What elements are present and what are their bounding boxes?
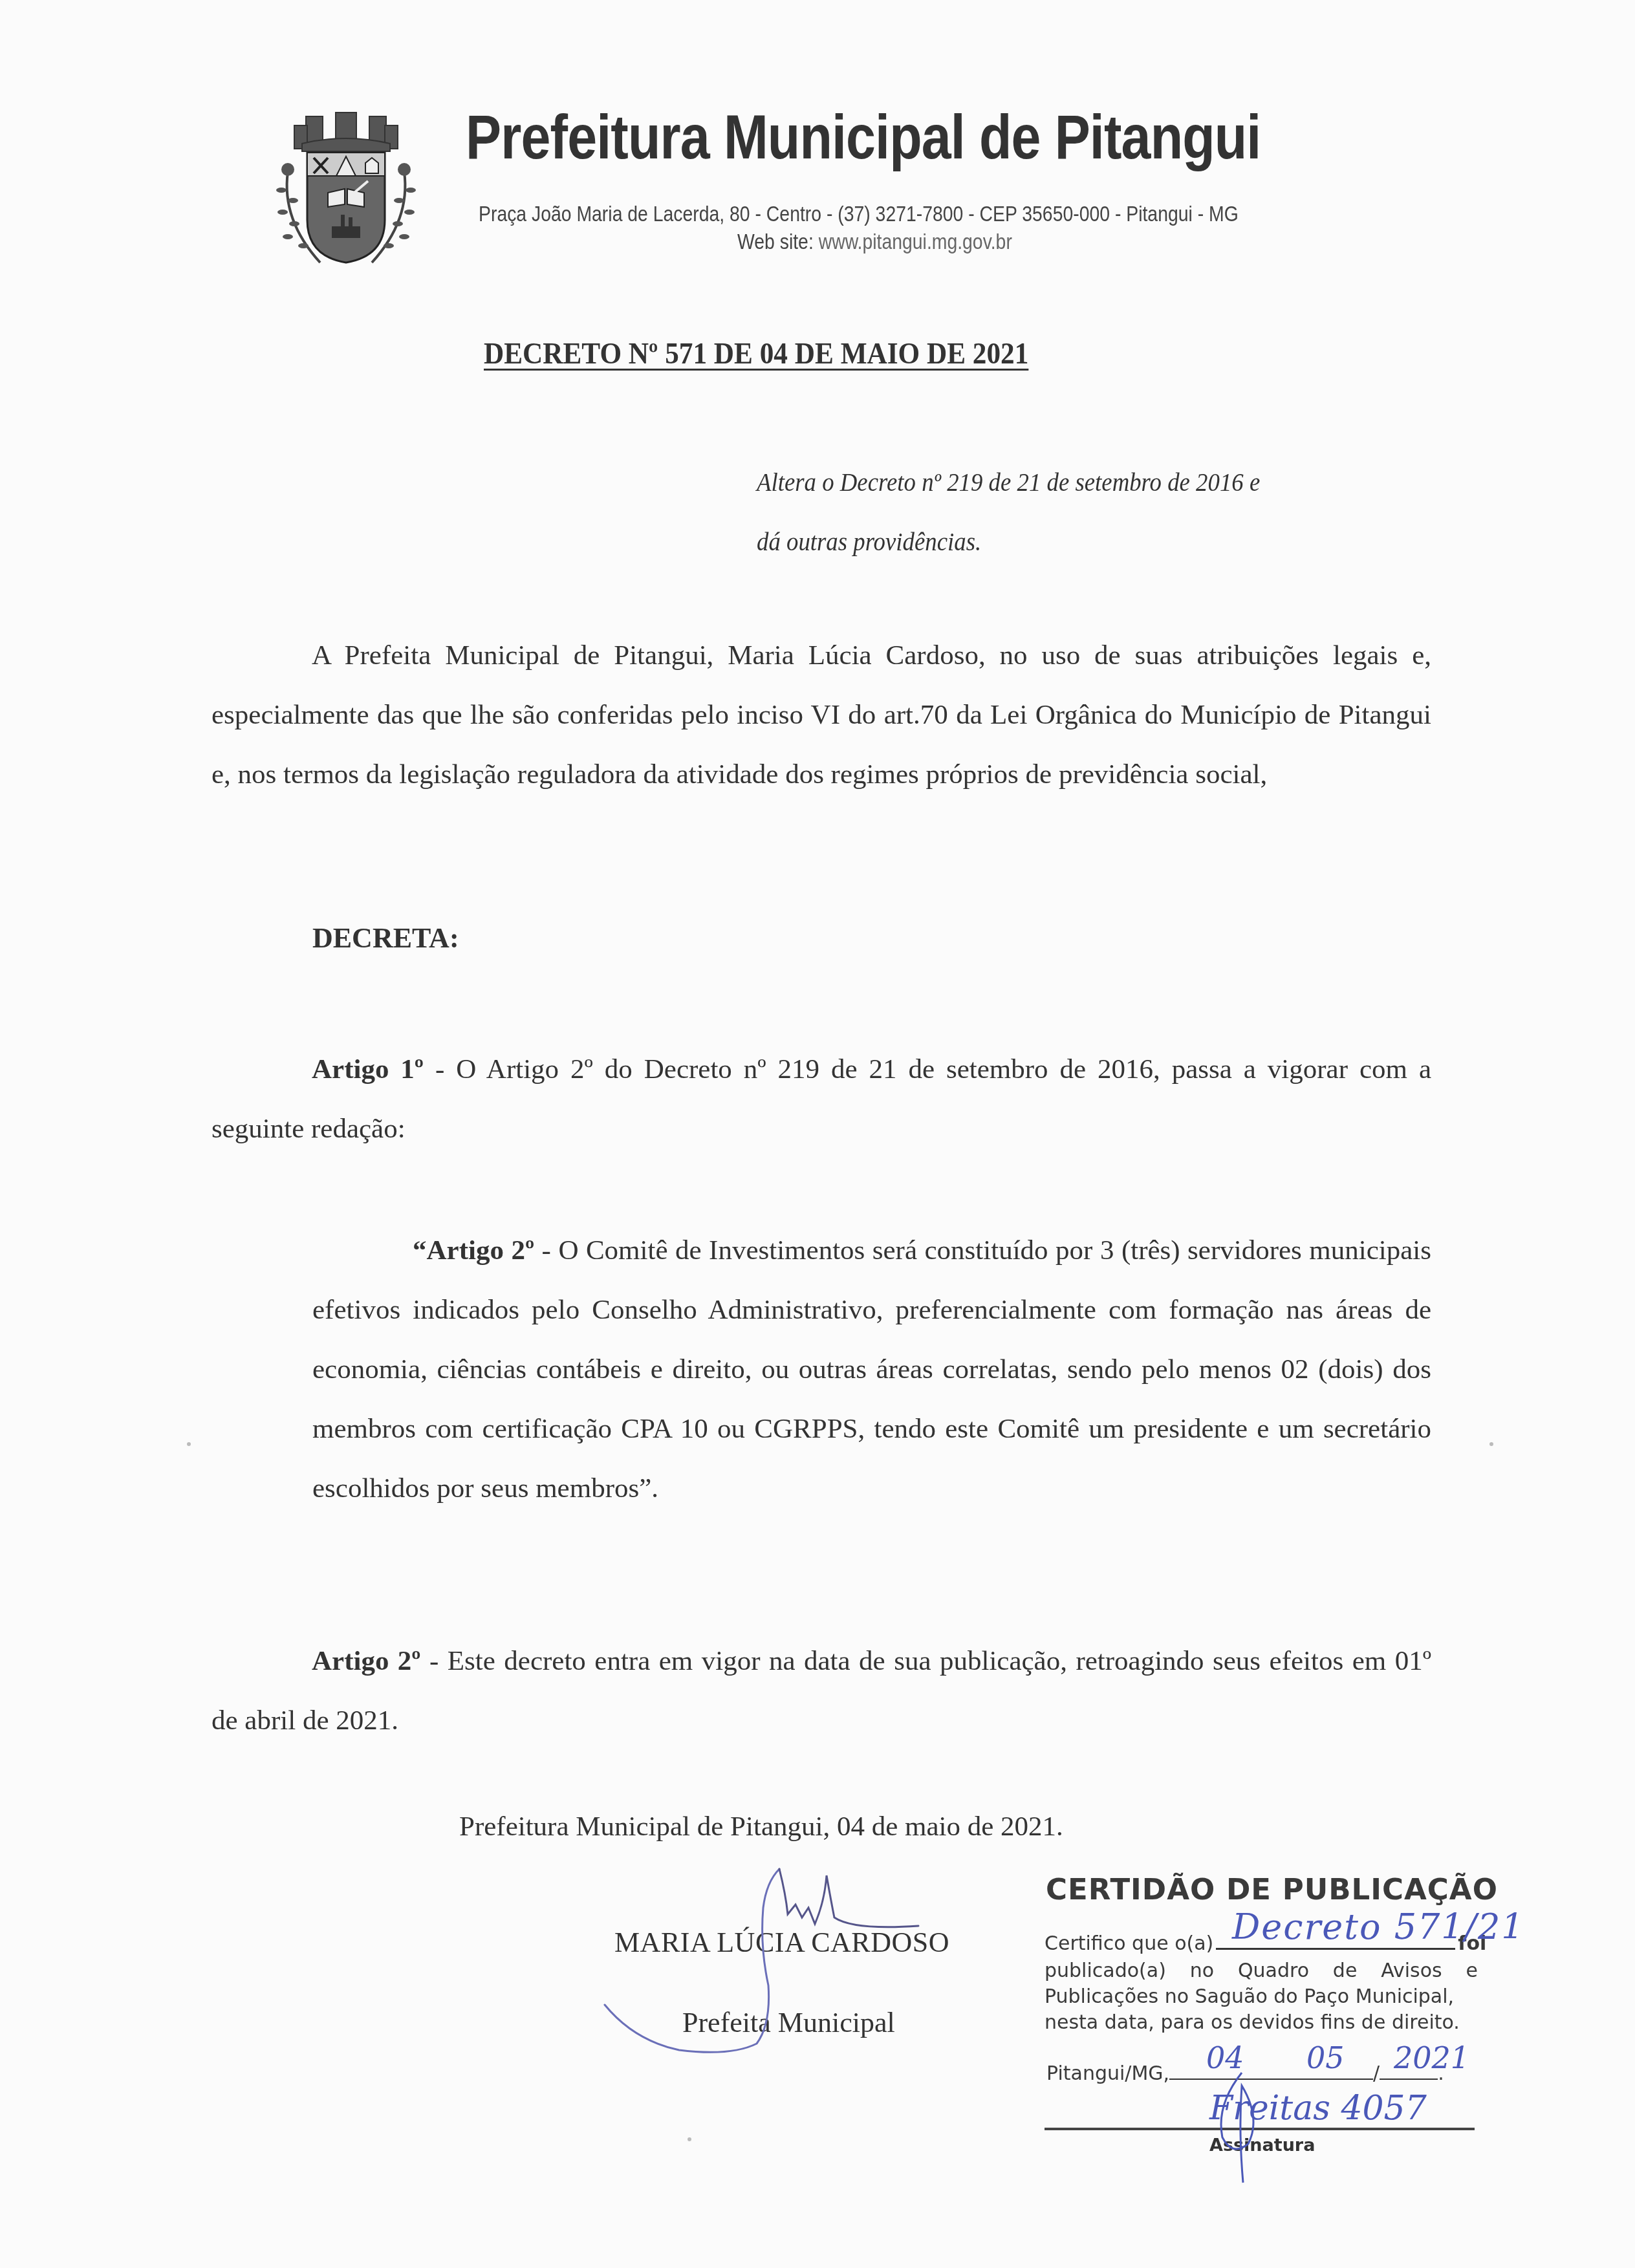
website-link[interactable]: www.pitangui.mg.gov.br (819, 230, 1012, 254)
date-separator: / (1373, 2062, 1380, 2085)
scan-speck (187, 1442, 191, 1446)
certificate-prefix: Certifico que o(a) (1045, 1932, 1213, 1955)
scan-speck (1489, 1442, 1493, 1446)
certificate-line-3: Publicações no Saguão do Paço Municipal, (1045, 1985, 1454, 2008)
date-prefix: Pitangui/MG, (1046, 2062, 1169, 2085)
certificate-title: CERTIDÃO DE PUBLICAÇÃO (1046, 1872, 1498, 1906)
article-1-label: Artigo 1º (312, 1054, 424, 1085)
decree-summary: Altera o Decreto nº 219 de 21 de setembr… (757, 453, 1393, 572)
summary-line-2: dá outras providências. (757, 512, 1393, 572)
place-and-date: Prefeitura Municipal de Pitangui, 04 de … (459, 1811, 1063, 1842)
handwritten-year: 2021 (1394, 2040, 1469, 2075)
signatory-name: MARIA LÚCIA CARDOSO (614, 1926, 949, 1959)
letterhead-website: Web site: www.pitangui.mg.gov.br (737, 230, 1071, 254)
article-2: Artigo 2º - Este decreto entra em vigor … (211, 1632, 1431, 1751)
handwritten-month: 05 (1306, 2040, 1345, 2075)
decree-title: DECRETO Nº 571 DE 04 DE MAIO DE 2021 (484, 336, 1028, 371)
quoted-article-2: “Artigo 2º - O Comitê de Investimentos s… (312, 1221, 1431, 1518)
signature-label: Assinatura (1209, 2135, 1315, 2155)
signatory-role: Prefeita Municipal (682, 2006, 895, 2039)
letterhead-title: Prefeitura Municipal de Pitangui (466, 103, 1222, 172)
website-label: Web site: (737, 230, 819, 254)
scan-speck (688, 2137, 691, 2141)
certificate-date-line: Pitangui/MG,/. (1046, 2060, 1444, 2085)
decreta-heading: DECRETA: (312, 922, 459, 955)
certificate-line-2: publicado(a) no Quadro de Avisos e (1045, 1960, 1478, 1982)
preamble-paragraph: A Prefeita Municipal de Pitangui, Maria … (211, 626, 1431, 805)
summary-line-1: Altera o Decreto nº 219 de 21 de setembr… (757, 453, 1393, 512)
handwritten-registry: Freitas 4057 (1209, 2089, 1427, 2128)
letterhead-address: Praça João Maria de Lacerda, 80 - Centro… (479, 202, 1257, 226)
municipal-coat-of-arms-icon (268, 110, 424, 272)
quoted-article-text: - O Comitê de Investimentos será constit… (312, 1235, 1431, 1504)
signature-line[interactable] (1045, 2128, 1475, 2130)
article-2-label: Artigo 2º (312, 1646, 421, 1676)
article-1: Artigo 1º - O Artigo 2º do Decreto nº 21… (211, 1040, 1431, 1159)
handwritten-day: 04 (1206, 2040, 1244, 2075)
quoted-article-label: “Artigo 2º (413, 1235, 534, 1266)
certificate-line-4: nesta data, para os devidos fins de dire… (1045, 2011, 1460, 2034)
handwritten-document: Decreto 571/21 (1232, 1906, 1525, 1947)
